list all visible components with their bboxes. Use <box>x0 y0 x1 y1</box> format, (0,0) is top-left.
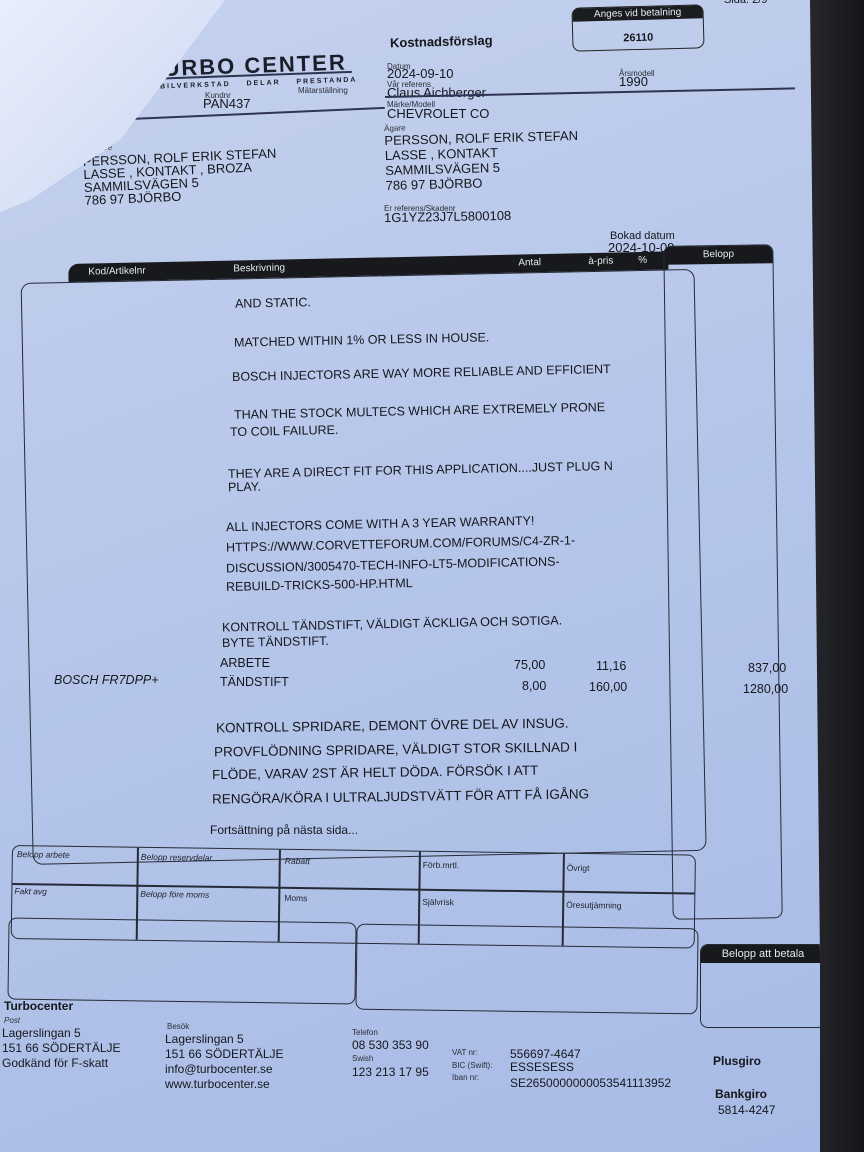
tagline-3: PRESTANDA <box>296 77 357 86</box>
document-title: Kostnadsförslag <box>390 33 493 51</box>
payment-reference-box: Anges vid betalning 26110 <box>571 4 704 51</box>
marke-value: CHEVROLET CO <box>387 106 489 121</box>
description-line: AND STATIC. <box>235 295 311 311</box>
description-line: PLAY. <box>228 480 261 495</box>
swish-label: Swish <box>352 1054 373 1063</box>
col-belopp: Belopp <box>664 245 772 265</box>
amount-to-pay-box: Belopp att betala <box>700 944 826 1028</box>
besok-line: 151 66 SÖDERTÄLJE <box>165 1047 284 1062</box>
arsmodell-value: 1990 <box>619 74 648 89</box>
post-line: Lagerslingan 5 <box>2 1026 121 1041</box>
agare-block: Ägare PERSSON, ROLF ERIK STEFAN LASSE , … <box>384 119 579 193</box>
bic-label: BIC (Swift): <box>452 1061 492 1070</box>
col-procent: % <box>638 255 647 266</box>
telefon-value: 08 530 353 90 <box>352 1038 429 1052</box>
notes-box-left <box>7 918 356 1005</box>
forb-mtrl-label: Förb.mrtl. <box>423 860 460 871</box>
page-number: Sida: 2/9 <box>724 0 767 6</box>
continued-note: Fortsättning på nästa sida... <box>210 823 358 837</box>
bankgiro-label: Bankgiro <box>715 1087 767 1101</box>
belopp-reservdelar-label: Belopp reservdelar <box>141 852 212 863</box>
sjalvrisk-label: Självrisk <box>422 897 454 907</box>
row-apris: 160,00 <box>589 680 627 694</box>
fakt-avg-label: Fakt avg <box>14 886 47 896</box>
post-address: Lagerslingan 5 151 66 SÖDERTÄLJE Godkänd… <box>2 1026 121 1071</box>
row-antal: 75,00 <box>514 658 545 672</box>
moms-label: Moms <box>284 893 307 903</box>
plusgiro-label: Plusgiro <box>713 1054 761 1068</box>
row-beskrivning: TÄNDSTIFT <box>220 675 289 689</box>
besok-line: Lagerslingan 5 <box>165 1032 284 1047</box>
iban-label: Iban nr: <box>452 1073 479 1082</box>
kundnr-value: PAN437 <box>203 96 250 111</box>
payment-reference-number: 26110 <box>573 30 703 45</box>
col-beskrivning: Beskrivning <box>233 262 285 274</box>
vat-value: 556697-4647 <box>510 1047 581 1061</box>
besok-address: Lagerslingan 5 151 66 SÖDERTÄLJE info@tu… <box>165 1032 284 1092</box>
post-line: 151 66 SÖDERTÄLJE <box>2 1041 121 1056</box>
iban-value: SE2650000000053541113952 <box>510 1076 671 1090</box>
row-antal: 8,00 <box>522 679 546 693</box>
payment-reference-label: Anges vid betalning <box>572 5 702 21</box>
ovrigt-label: Övrigt <box>567 863 590 873</box>
post-label: Post <box>4 1016 20 1025</box>
datum-value: 2024-09-10 <box>387 66 454 81</box>
matarstallning-label: Mätarställning <box>298 86 348 95</box>
col-antal: Antal <box>518 257 541 268</box>
belopp-fore-moms-label: Belopp före moms <box>140 889 209 900</box>
bic-value: ESSESESS <box>510 1060 574 1074</box>
er-referens-value: 1G1YZ23J7L5800108 <box>384 208 511 225</box>
col-apris: à-pris <box>588 256 613 268</box>
footer-company: Turbocenter <box>4 999 73 1013</box>
rabatt-label: Rabatt <box>285 856 310 866</box>
row-apris: 11,16 <box>596 659 626 673</box>
description-line: BYTE TÄNDSTIFT. <box>222 634 329 650</box>
bankgiro-value: 5814-4247 <box>718 1103 775 1117</box>
besok-label: Besök <box>167 1022 189 1031</box>
var-referens-value: Claus Aichberger <box>387 85 486 100</box>
col-kod: Kod/Artikelnr <box>88 265 145 277</box>
belopp-column: Belopp <box>663 244 782 919</box>
tagline-2: DELAR <box>246 79 280 87</box>
vat-label: VAT nr: <box>452 1048 478 1057</box>
row-kod: BOSCH FR7DPP+ <box>54 673 159 687</box>
telefon-label: Telefon <box>352 1028 378 1037</box>
row-beskrivning: ARBETE <box>220 656 270 670</box>
belopp-att-betala-label: Belopp att betala <box>701 945 825 963</box>
post-line: Godkänd för F-skatt <box>2 1056 121 1071</box>
row-belopp: 837,00 <box>748 661 786 675</box>
email-link[interactable]: info@turbocenter.se <box>165 1062 284 1077</box>
website-link[interactable]: www.turbocenter.se <box>165 1077 284 1092</box>
swish-value: 123 213 17 95 <box>352 1065 429 1079</box>
invoice-page: TURBO CENTER BILVERKSTAD DELAR PRESTANDA… <box>0 0 820 1152</box>
oresutjamning-label: Öresutjämning <box>566 900 621 911</box>
belopp-arbete-label: Belopp arbete <box>17 849 70 860</box>
tagline-1: BILVERKSTAD <box>160 81 231 90</box>
row-belopp: 1280,00 <box>743 682 788 696</box>
notes-box-right <box>355 924 698 1015</box>
description-line: TO COIL FAILURE. <box>230 423 339 439</box>
